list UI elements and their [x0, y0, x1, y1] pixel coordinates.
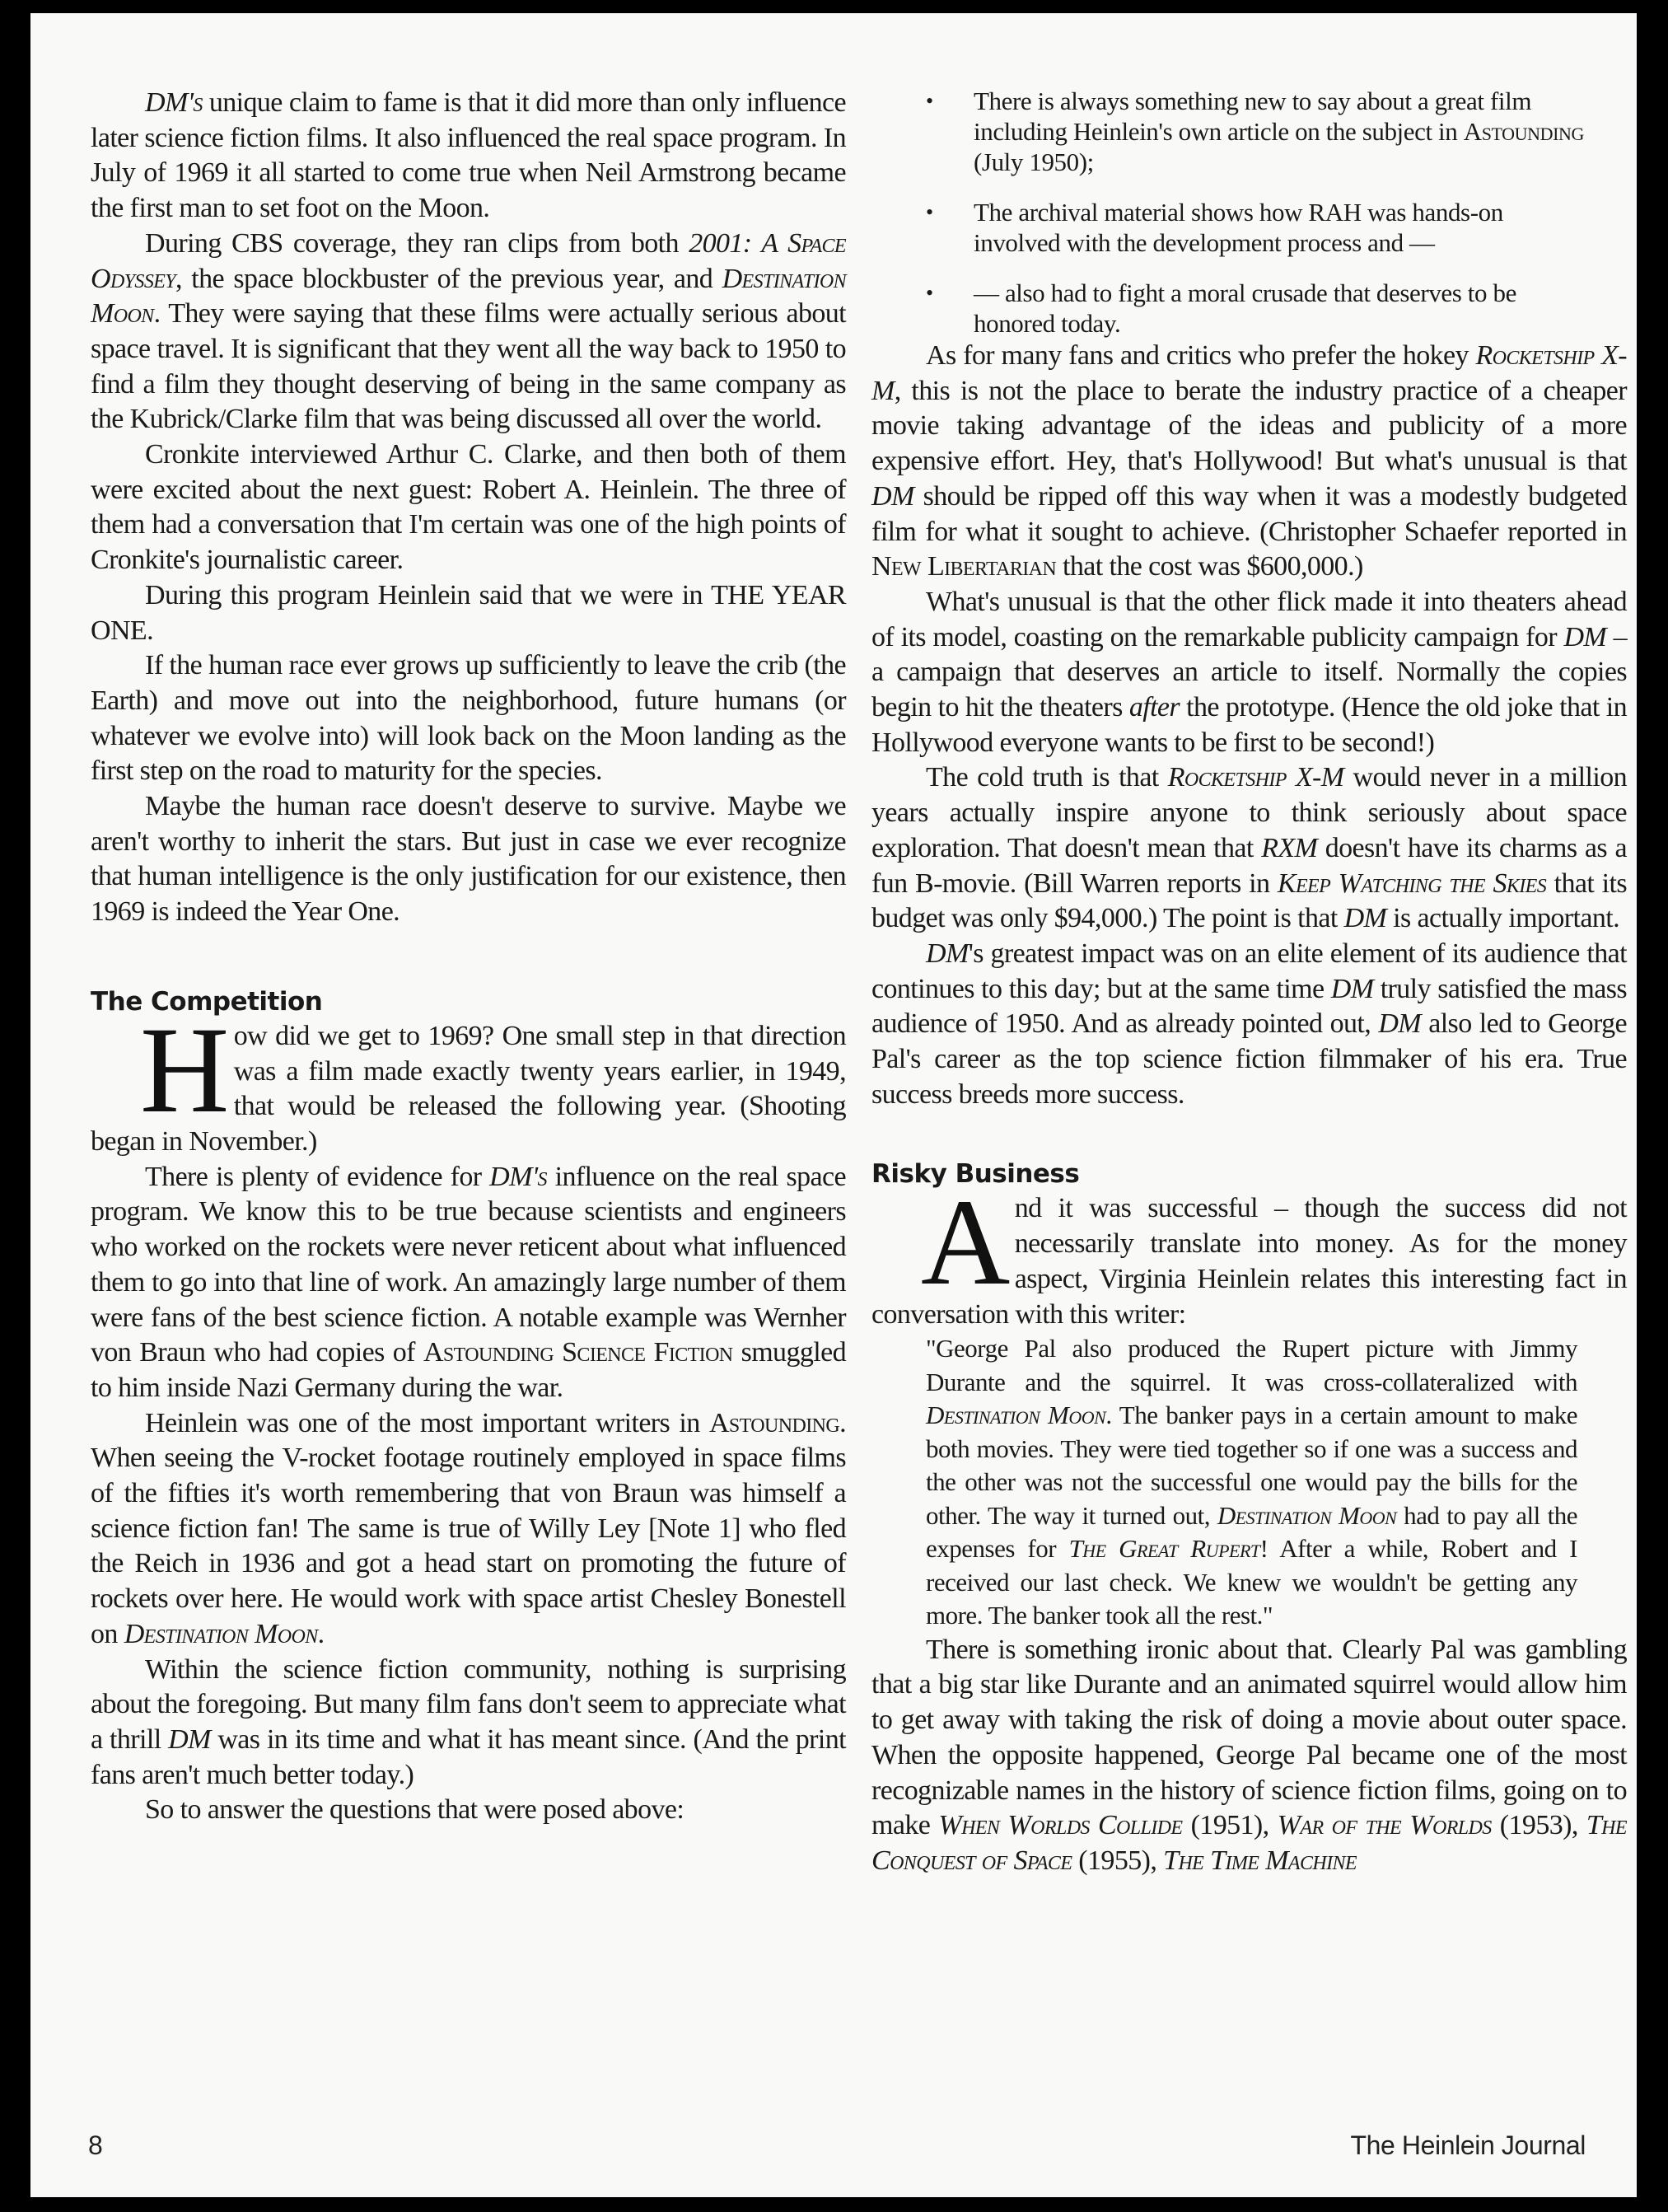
- drop-cap: A: [921, 1196, 1010, 1293]
- film-title: The Great Rupert: [1069, 1534, 1260, 1563]
- film-title: Destination Moon: [926, 1401, 1105, 1429]
- title-abbrev: DM: [489, 1162, 532, 1192]
- paragraph-text: The cold truth is that: [926, 762, 1168, 793]
- paragraph: The cold truth is that Rocketship X-M wo…: [871, 760, 1627, 937]
- paragraph: During CBS coverage, they ran clips from…: [91, 227, 846, 437]
- film-title: War of the Worlds: [1278, 1810, 1492, 1840]
- title-abbrev: DM: [1378, 1008, 1421, 1039]
- paragraph: During this program Heinlein said that w…: [91, 578, 846, 648]
- paragraph-text: is actually important.: [1386, 903, 1619, 933]
- paragraph: As for many fans and critics who prefer …: [871, 339, 1627, 585]
- title-abbrev: DM: [926, 938, 969, 969]
- title-abbrev: RXM: [1261, 833, 1317, 863]
- list-item-text: (July 1950);: [974, 147, 1094, 176]
- magazine-title: Astounding: [709, 1408, 839, 1438]
- paragraph: DM's unique claim to fame is that it did…: [91, 86, 846, 227]
- bullet-icon: •: [926, 278, 933, 308]
- bullet-icon: •: [926, 86, 933, 116]
- title-abbrev: DM: [168, 1724, 211, 1755]
- paragraph-text: There is plenty of evidence for: [145, 1162, 489, 1192]
- paragraph: So to answer the questions that were pos…: [91, 1793, 846, 1828]
- title-abbrev: DM: [1344, 903, 1387, 933]
- film-title: Destination Moon: [1217, 1501, 1396, 1530]
- paragraph-text: (1953),: [1492, 1810, 1586, 1840]
- list-item: •The archival material shows how RAH was…: [871, 197, 1627, 258]
- title-abbrev: DM: [1563, 622, 1606, 652]
- paragraph-text: During CBS coverage, they ran clips from…: [145, 228, 689, 259]
- possessive: 's: [532, 1162, 547, 1192]
- paragraph: If the human race ever grows up sufficie…: [91, 648, 846, 789]
- paragraph-text: that the cost was $600,000.): [1056, 551, 1363, 582]
- magazine-title: Astounding: [1464, 117, 1584, 146]
- title-abbrev: DM: [145, 87, 188, 118]
- quote-text: "George Pal also produced the Rupert pic…: [926, 1334, 1577, 1396]
- film-title: When Worlds Collide: [938, 1810, 1182, 1840]
- book-title: Keep Watching the Skies: [1278, 868, 1546, 899]
- paragraph-text: . When seeing the V-rocket footage routi…: [91, 1408, 846, 1649]
- paragraph-text: Heinlein was one of the most important w…: [145, 1408, 709, 1438]
- page-number: 8: [88, 2130, 103, 2161]
- bullet-list: •There is always something new to say ab…: [871, 86, 1627, 339]
- drop-cap: H: [140, 1024, 229, 1121]
- title-abbrev: DM: [871, 481, 914, 512]
- paragraph-text: , the space blockbuster of the previous …: [175, 264, 722, 294]
- right-column: •There is always something new to say ab…: [871, 86, 1627, 1879]
- paragraph: There is plenty of evidence for DM's inf…: [91, 1160, 846, 1406]
- journal-page: DM's unique claim to fame is that it did…: [30, 13, 1637, 2197]
- list-item-text: There is always something new to say abo…: [974, 87, 1531, 146]
- paragraph-text: . They were saying that these films were…: [91, 298, 846, 434]
- title-abbrev: DM: [1331, 974, 1374, 1004]
- block-quote: "George Pal also produced the Rupert pic…: [926, 1332, 1577, 1633]
- paragraph: Heinlein was one of the most important w…: [91, 1406, 846, 1653]
- spacer: [91, 930, 846, 984]
- magazine-title: Astounding Science Fiction: [423, 1337, 733, 1368]
- paragraph-text: .: [318, 1619, 325, 1649]
- list-item: •There is always something new to say ab…: [871, 86, 1627, 177]
- paragraph: Maybe the human race doesn't deserve to …: [91, 789, 846, 930]
- left-column: DM's unique claim to fame is that it did…: [91, 86, 846, 1828]
- paragraph-dropcap: How did we get to 1969? One small step i…: [91, 1019, 846, 1160]
- film-title: The Time Machine: [1163, 1845, 1357, 1876]
- list-item-text: The archival material shows how RAH was …: [974, 198, 1503, 257]
- paragraph: Within the science fiction community, no…: [91, 1653, 846, 1793]
- magazine-title: New Libertarian: [871, 551, 1056, 582]
- paragraph: There is something ironic about that. Cl…: [871, 1633, 1627, 1879]
- paragraph: What's unusual is that the other flick m…: [871, 585, 1627, 761]
- paragraph-text: unique claim to fame is that it did more…: [91, 87, 846, 223]
- list-item-text: — also had to fight a moral crusade that…: [974, 278, 1516, 338]
- list-item: •— also had to fight a moral crusade tha…: [871, 278, 1627, 339]
- paragraph-text: should be ripped off this way when it wa…: [871, 481, 1627, 547]
- paragraph-text: , this is not the place to berate the in…: [871, 376, 1627, 476]
- emphasis: after: [1129, 692, 1180, 723]
- paragraph: DM's greatest impact was on an elite ele…: [871, 937, 1627, 1113]
- publication-name: The Heinlein Journal: [1350, 2130, 1586, 2161]
- paragraph: Cronkite interviewed Arthur C. Clarke, a…: [91, 437, 846, 578]
- film-title: Destination Moon: [124, 1619, 318, 1649]
- paragraph-text: (1951),: [1182, 1810, 1277, 1840]
- possessive: 's: [188, 87, 203, 118]
- film-title: Rocketship X-M: [1168, 762, 1344, 793]
- paragraph-text: (1955),: [1072, 1845, 1163, 1876]
- paragraph-text: As for many fans and critics who prefer …: [926, 340, 1475, 371]
- spacer: [871, 1112, 1627, 1157]
- paragraph-dropcap: And it was successful – though the succe…: [871, 1191, 1627, 1332]
- bullet-icon: •: [926, 197, 933, 227]
- paragraph-text: What's unusual is that the other flick m…: [871, 587, 1627, 652]
